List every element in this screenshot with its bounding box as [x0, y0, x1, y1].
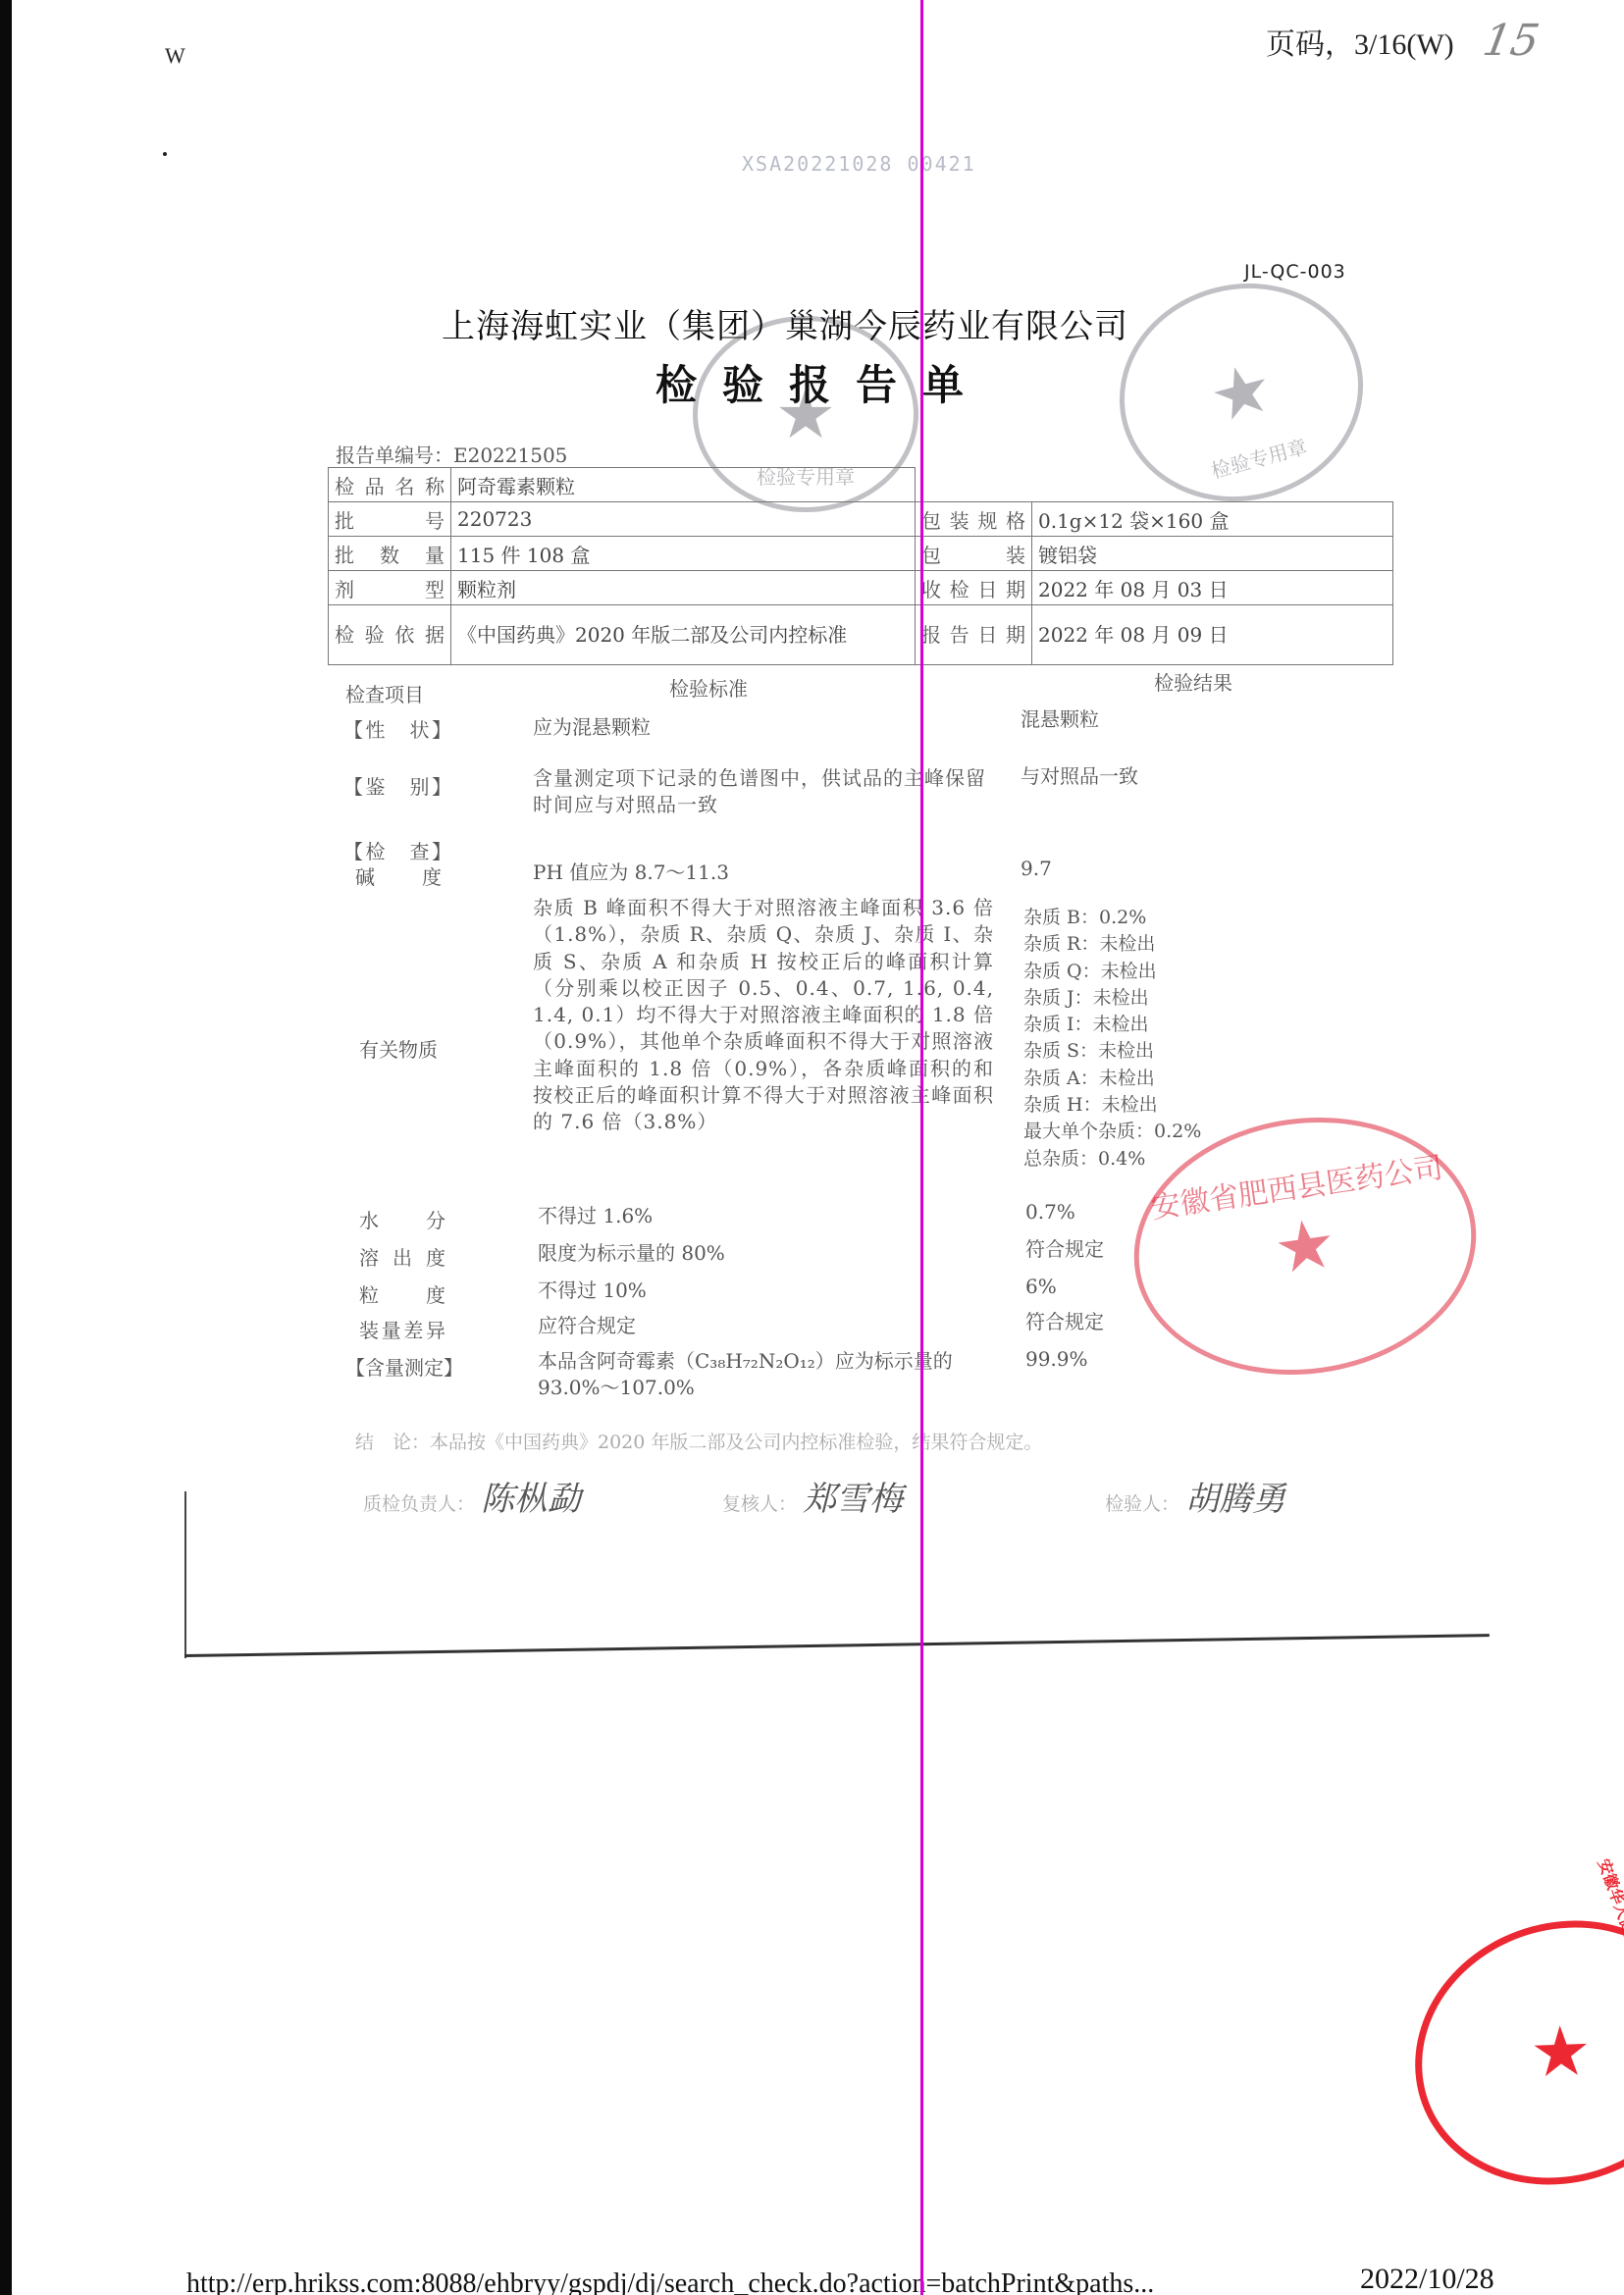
document-title: 检验报告单: [655, 353, 989, 412]
batch-qty-label: 批数量: [329, 537, 451, 571]
quality-stamp: ★ 安徽华人健康医药股份有限公司 质量管理专用章: [1378, 1880, 1624, 2225]
row-standard-appearance: 应为混悬颗粒: [533, 714, 994, 741]
row-item-particle-size: 粒 度: [359, 1279, 445, 1308]
product-name-label: 检品名称: [329, 468, 451, 502]
row-standard-fill-variation: 应符合规定: [538, 1313, 999, 1339]
dosage-form: 颗粒剂: [451, 571, 916, 605]
company-name: 上海海虹实业（集团）巢湖今辰药业有限公司: [442, 299, 1128, 347]
receive-date: 2022 年 08 月 03 日: [1032, 571, 1393, 605]
basis: 《中国药典》2020 年版二部及公司内控标准: [451, 605, 916, 665]
corner-letter: W: [165, 43, 185, 69]
related-substances-results: 杂质 B：0.2% 杂质 R：未检出 杂质 Q：未检出 杂质 J：未检出 杂质 …: [1023, 905, 1201, 1173]
inspector-signature: 检验人： 胡腾勇: [1105, 1472, 1285, 1520]
info-table: 检品名称 阿奇霉素颗粒 批 号 220723 包装规格 0.1g×12 袋×16…: [328, 467, 1393, 665]
header-item: 检查项目: [345, 679, 424, 707]
pack-spec-label: 包装规格: [916, 502, 1032, 537]
row-result-dissolution: 符合规定: [1025, 1236, 1104, 1263]
max-single-impurity: 最大单个杂质：0.2%: [1023, 1119, 1201, 1145]
impurity-result: 杂质 Q：未检出: [1023, 959, 1201, 985]
qc-head-label: 质检负责人：: [363, 1493, 475, 1515]
row-item-appearance: 【性 状】: [343, 714, 451, 743]
qc-head-name: 陈枞勐: [481, 1480, 581, 1519]
row-standard-dissolution: 限度为标示量的 80%: [538, 1240, 999, 1267]
scan-edge: [0, 0, 12, 2295]
packaging-label: 包 装: [916, 537, 1032, 571]
impurity-result: 杂质 H：未检出: [1023, 1092, 1201, 1119]
stamp-text: 安徽华人健康医药股份有限公司 质量管理专用章: [1594, 1855, 1624, 2178]
impurity-result: 杂质 J：未检出: [1023, 985, 1201, 1012]
report-date: 2022 年 08 月 09 日: [1032, 605, 1393, 665]
report-number: 报告单编号：E20221505: [336, 440, 567, 468]
impurity-result: 杂质 B：0.2%: [1023, 905, 1201, 931]
row-result-identification: 与对照品一致: [1021, 763, 1138, 790]
impurity-result: 杂质 I：未检出: [1023, 1012, 1201, 1038]
report-date-label: 报告日期: [916, 605, 1032, 665]
row-item-checks: 【检 查】: [343, 836, 451, 864]
packaging: 镀铝袋: [1032, 537, 1393, 571]
inspector-name: 胡腾勇: [1185, 1480, 1285, 1519]
conclusion: 结 论：本品按《中国药典》2020 年版二部及公司内控标准检验，结果符合规定。: [355, 1428, 1042, 1454]
reviewer-signature: 复核人： 郑雪梅: [722, 1472, 903, 1520]
basis-label: 检验依据: [329, 605, 451, 665]
row-result-water: 0.7%: [1025, 1199, 1075, 1226]
impurity-result: 杂质 R：未检出: [1023, 931, 1201, 958]
star-icon: ★: [1519, 2012, 1604, 2094]
row-standard-particle-size: 不得过 10%: [538, 1278, 999, 1304]
row-item-related-substances: 有关物质: [359, 1034, 467, 1063]
qc-head-signature: 质检负责人： 陈枞勐: [363, 1472, 581, 1520]
row-item-water: 水 分: [359, 1205, 445, 1233]
page-border-left: [184, 1491, 186, 1658]
impurity-result: 杂质 S：未检出: [1023, 1038, 1201, 1065]
impurity-result: 杂质 A：未检出: [1023, 1066, 1201, 1092]
reviewer-label: 复核人：: [722, 1493, 797, 1515]
pack-spec: 0.1g×12 袋×160 盒: [1032, 502, 1393, 537]
dosage-form-label: 剂 型: [329, 571, 451, 605]
total-impurity: 总杂质：0.4%: [1023, 1146, 1201, 1173]
scan-dot: [163, 152, 167, 156]
row-item-dissolution: 溶出度: [359, 1242, 445, 1271]
row-item-fill-variation: 装量差异: [359, 1315, 445, 1343]
report-number-value: E20221505: [453, 443, 567, 467]
page-code: 页码，3/16(W): [1266, 20, 1454, 63]
batch-no: 220723: [451, 502, 916, 537]
row-result-particle-size: 6%: [1025, 1274, 1057, 1300]
serial-number: XSA20221028 00421: [742, 152, 976, 176]
receive-date-label: 收检日期: [916, 571, 1032, 605]
page-border-bottom: [184, 1634, 1490, 1657]
star-icon: ★: [1270, 1208, 1340, 1284]
star-icon: ★: [1203, 351, 1281, 434]
form-code: JL-QC-003: [1244, 261, 1346, 283]
row-result-fill-variation: 符合规定: [1025, 1309, 1104, 1335]
footer-date: 2022/10/28: [1360, 2263, 1494, 2295]
header-result: 检验结果: [1154, 667, 1232, 696]
footer-url: http://erp.hrikss.com:8088/ehbryy/gspdj/…: [186, 2269, 1154, 2295]
row-item-assay: 【含量测定】: [345, 1352, 473, 1381]
handwritten-page-number: 15: [1480, 16, 1544, 66]
row-standard-alkalinity: PH 值应为 8.7～11.3: [533, 860, 994, 886]
row-standard-identification: 含量测定项下记录的色谱图中，供试品的主峰保留时间应与对照品一致: [533, 765, 994, 818]
row-standard-water: 不得过 1.6%: [538, 1203, 999, 1229]
batch-qty: 115 件 108 盒: [451, 537, 916, 571]
row-standard-related-substances: 杂质 B 峰面积不得大于对照溶液主峰面积 3.6 倍（1.8%），杂质 R、杂质…: [533, 895, 994, 1136]
row-result-appearance: 混悬颗粒: [1021, 706, 1099, 733]
batch-no-label: 批 号: [329, 502, 451, 537]
row-item-identification: 【鉴 别】: [343, 771, 451, 800]
header-standard: 检验标准: [669, 673, 748, 702]
row-item-alkalinity: 碱 度: [355, 861, 442, 890]
scan-artifact-line: [920, 0, 923, 2295]
row-result-assay: 99.9%: [1025, 1346, 1088, 1373]
reviewer-name: 郑雪梅: [803, 1480, 903, 1519]
report-number-label: 报告单编号：: [336, 443, 453, 467]
inspector-label: 检验人：: [1105, 1493, 1179, 1515]
row-result-alkalinity: 9.7: [1021, 856, 1052, 882]
product-name: 阿奇霉素颗粒: [451, 468, 916, 502]
